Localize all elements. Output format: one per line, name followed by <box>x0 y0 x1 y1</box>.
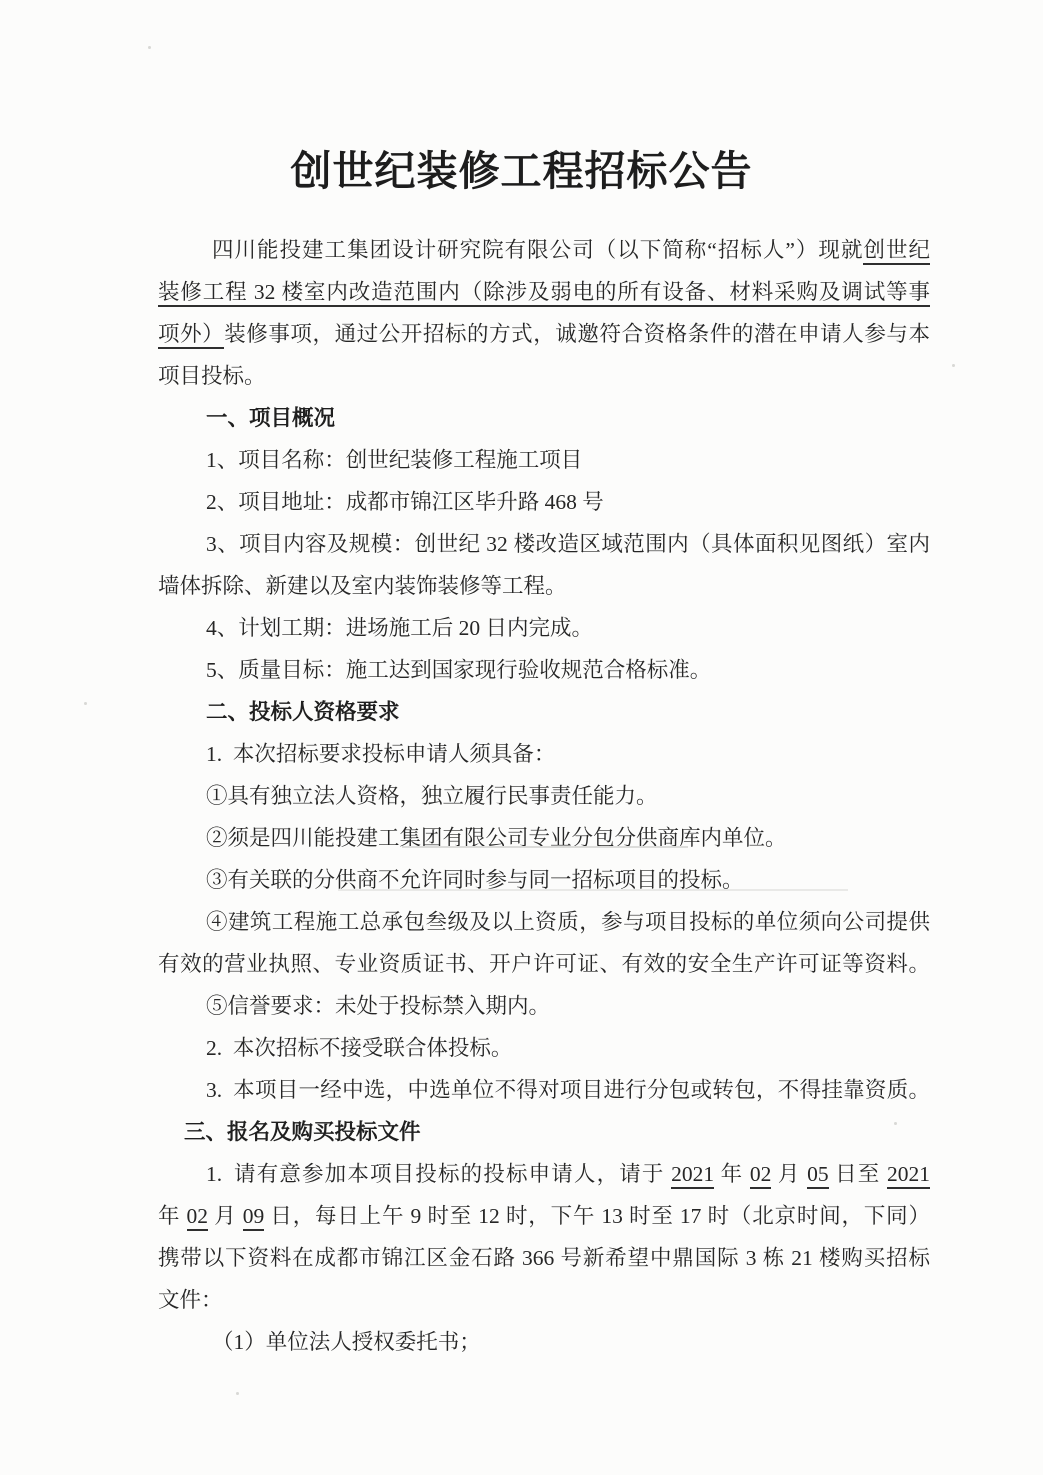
underlined-date-day: 09 <box>243 1204 265 1231</box>
body-text: 1. 请有意参加本项目投标的投标申请人，请于 <box>206 1162 671 1186</box>
section1-item-5: 5、质量目标：施工达到国家现行验收规范合格标准。 <box>158 649 930 691</box>
section3-sub-item-1: （1）单位法人授权委托书； <box>158 1321 930 1363</box>
underlined-text: 创世纪 <box>863 238 930 265</box>
scan-speck <box>236 1392 239 1395</box>
scan-speck <box>952 364 955 367</box>
section3-item-1-line-3: 携带以下资料在成都市锦江区金石路 366 号新希望中鼎国际 3 栋 21 楼购买… <box>158 1237 930 1279</box>
intro-text: 四川能投建工集团设计研究院有限公司（以下简称“招标人”）现就 <box>212 238 863 262</box>
intro-line-2: 装修工程 32 楼室内改造范围内（除涉及弱电的所有设备、材料采购及调试等事 <box>158 271 930 313</box>
section3-item-1-line-1: 1. 请有意参加本项目投标的投标申请人，请于 2021 年 02 月 05 日至… <box>158 1153 930 1195</box>
section3-heading: 三、报名及购买投标文件 <box>158 1111 930 1153</box>
underlined-date-month: 02 <box>750 1162 772 1189</box>
section2-clause-4-line-1: ④建筑工程施工总承包叁级及以上资质，参与项目投标的单位须向公司提供 <box>158 901 930 943</box>
section2-clause-1: ①具有独立法人资格，独立履行民事责任能力。 <box>158 775 930 817</box>
section2-item-1: 1. 本次招标要求投标申请人须具备： <box>158 733 930 775</box>
section1-item-2: 2、项目地址：成都市锦江区毕升路 468 号 <box>158 481 930 523</box>
section3-item-1-line-2: 年 02 月 09 日，每日上午 9 时至 12 时，下午 13 时至 17 时… <box>158 1195 930 1237</box>
section1-item-3-line-1: 3、项目内容及规模：创世纪 32 楼改造区域范围内（具体面积见图纸）室内 <box>158 523 930 565</box>
intro-line-1: 四川能投建工集团设计研究院有限公司（以下简称“招标人”）现就创世纪 <box>158 229 930 271</box>
section1-item-4: 4、计划工期：进场施工后 20 日内完成。 <box>158 607 930 649</box>
underlined-date-year: 2021 <box>887 1162 930 1189</box>
underlined-text: 项外） <box>158 322 224 349</box>
section1-heading: 一、项目概况 <box>158 397 930 439</box>
section2-clause-4-line-2: 有效的营业执照、专业资质证书、开户许可证、有效的安全生产许可证等资料。 <box>158 943 930 985</box>
intro-line-4: 项目投标。 <box>158 355 930 397</box>
scan-speck <box>894 1122 897 1125</box>
intro-text: 装修事项，通过公开招标的方式，诚邀符合资格条件的潜在申请人参与本 <box>224 322 930 346</box>
scan-speck <box>148 46 151 49</box>
body-text: 年 <box>714 1162 750 1186</box>
body-text: 日至 <box>829 1162 887 1186</box>
scan-artifact <box>338 889 848 891</box>
body-text: 月 <box>771 1162 807 1186</box>
document-title: 创世纪装修工程招标公告 <box>0 0 1043 197</box>
section1-item-1: 1、项目名称：创世纪装修工程施工项目 <box>158 439 930 481</box>
section2-clause-3: ③有关联的分供商不允许同时参与同一招标项目的投标。 <box>158 859 930 901</box>
body-text: 月 <box>208 1204 243 1228</box>
section2-item-3: 3. 本项目一经中选，中选单位不得对项目进行分包或转包，不得挂靠资质。 <box>158 1069 930 1111</box>
section2-clause-5: ⑤信誉要求：未处于投标禁入期内。 <box>158 985 930 1027</box>
underlined-text: 装修工程 32 楼室内改造范围内（除涉及弱电的所有设备、材料采购及调试等事 <box>158 280 930 307</box>
document-body: 四川能投建工集团设计研究院有限公司（以下简称“招标人”）现就创世纪 装修工程 3… <box>158 229 930 1363</box>
body-text: 年 <box>158 1204 187 1228</box>
section3-item-1-line-4: 文件： <box>158 1279 930 1321</box>
section2-heading: 二、投标人资格要求 <box>158 691 930 733</box>
body-text: 日，每日上午 9 时至 12 时，下午 13 时至 17 时（北京时间，下同） <box>264 1204 930 1228</box>
underlined-date-month: 02 <box>187 1204 209 1231</box>
scanned-document-page: 创世纪装修工程招标公告 四川能投建工集团设计研究院有限公司（以下简称“招标人”）… <box>0 0 1043 1475</box>
section2-item-2: 2. 本次招标不接受联合体投标。 <box>158 1027 930 1069</box>
intro-line-3: 项外）装修事项，通过公开招标的方式，诚邀符合资格条件的潜在申请人参与本 <box>158 313 930 355</box>
section1-item-3-line-2: 墙体拆除、新建以及室内装饰装修等工程。 <box>158 565 930 607</box>
scan-speck <box>84 702 87 705</box>
underlined-date-day: 05 <box>807 1162 829 1189</box>
underlined-date-year: 2021 <box>671 1162 714 1189</box>
scan-artifact <box>402 846 688 848</box>
section2-clause-2: ②须是四川能投建工集团有限公司专业分包分供商库内单位。 <box>158 817 930 859</box>
